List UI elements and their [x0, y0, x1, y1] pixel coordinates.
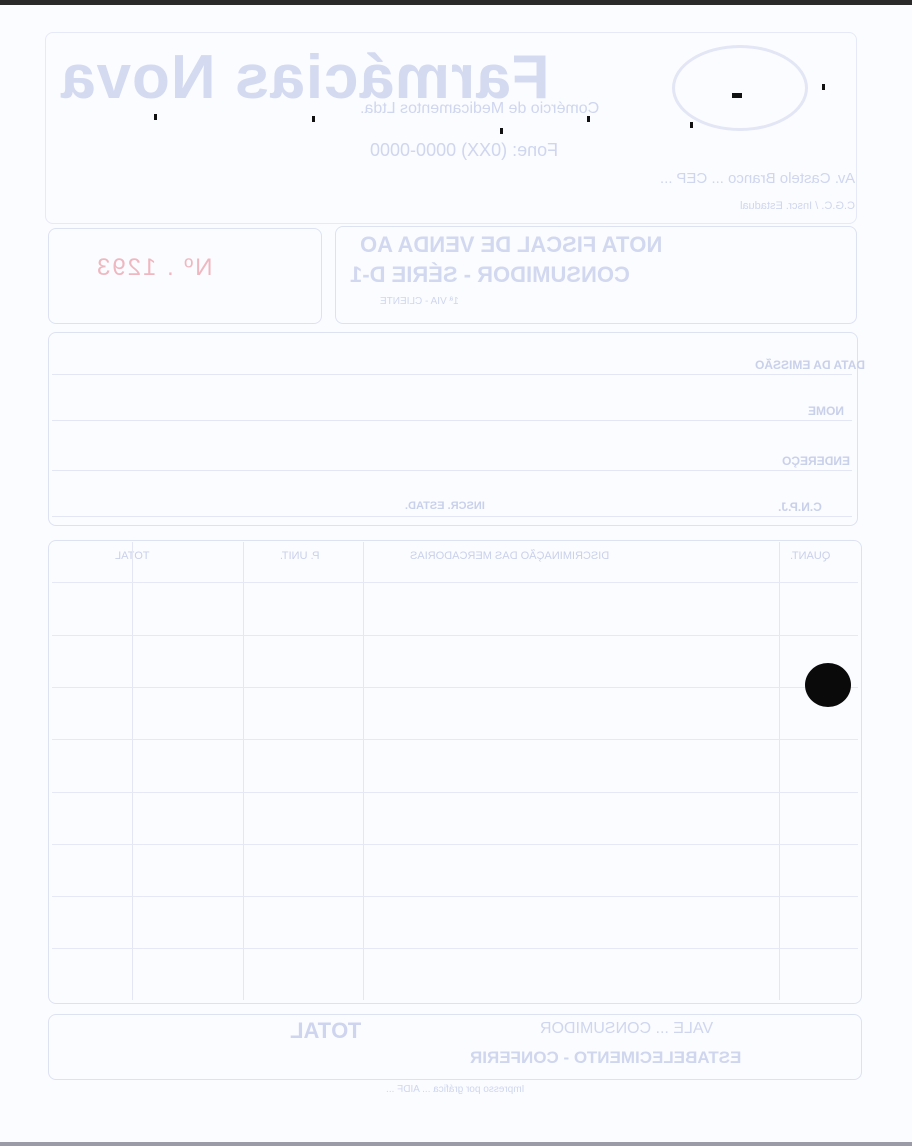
- ink-speck: [822, 84, 825, 90]
- scan-bottom-edge: [0, 1142, 912, 1146]
- customer-box: [48, 332, 858, 526]
- registration-line: C.G.C. / Inscr. Estadual: [55, 200, 855, 212]
- column-divider: [243, 542, 244, 1000]
- field-line: [52, 470, 852, 471]
- address-line: Av. Castelo Branco ... CEP ...: [75, 170, 855, 187]
- column-header-unit-price: P. UNIT.: [280, 550, 320, 562]
- name-label: NOME: [808, 404, 844, 418]
- footer-note-2: ESTABELECIMENTO - CONFERIR: [470, 1048, 741, 1068]
- column-divider: [363, 542, 364, 1000]
- ink-speck: [732, 93, 742, 98]
- field-label-name: NOME: [808, 404, 844, 418]
- footer-note-1-text: VALE ... CONSUMIDOR: [540, 1020, 713, 1038]
- ink-speck: [690, 122, 693, 128]
- issue-date-label: DATA DA EMISSÃO: [755, 358, 865, 372]
- column-header-quant: QUANT.: [790, 550, 830, 562]
- registration-text: C.G.C. / Inscr. Estadual: [740, 200, 855, 212]
- column-divider: [132, 542, 133, 1000]
- state-reg-label: INSCR. ESTAD.: [405, 500, 485, 512]
- ink-speck: [312, 116, 315, 122]
- field-line: [52, 516, 852, 517]
- footer-note-1: VALE ... CONSUMIDOR: [540, 1020, 713, 1038]
- table-row: [52, 844, 858, 845]
- table-row: [52, 739, 858, 740]
- invoice-title-line1: NOTA FISCAL DE VENDA AO: [360, 232, 662, 258]
- invoice-number-label: Nº: [182, 254, 212, 281]
- title-line1-text: NOTA FISCAL DE VENDA AO: [360, 232, 662, 258]
- punch-hole-mark: [805, 663, 851, 707]
- address-text: Av. Castelo Branco ... CEP ...: [660, 170, 855, 187]
- total-label: TOTAL: [290, 1018, 361, 1044]
- invoice-number-value: 1293: [95, 254, 156, 281]
- field-label-state-reg: INSCR. ESTAD.: [405, 500, 485, 512]
- total-label-text: TOTAL: [290, 1018, 361, 1044]
- footer-note-2-text: ESTABELECIMENTO - CONFERIR: [470, 1048, 741, 1068]
- printer-info-text: Impresso por gráfica ... AIDF ...: [386, 1084, 524, 1095]
- footer-box: [48, 1014, 862, 1080]
- subtitle-line1-text: Comércio de Medicamentos Ltda.: [360, 100, 599, 118]
- logo-icon: [672, 45, 808, 131]
- printer-info: Impresso por gráfica ... AIDF ...: [55, 1084, 855, 1095]
- column-header-description: DISCRIMINAÇÃO DAS MERCADORIAS: [410, 550, 609, 562]
- items-table: [48, 540, 862, 1004]
- col-quant: QUANT.: [790, 550, 830, 562]
- table-header-divider: [52, 582, 858, 583]
- invoice-title-line2: CONSUMIDOR - SÉRIE D-1: [350, 262, 630, 288]
- col-unit: P. UNIT.: [280, 550, 320, 562]
- cnpj-label: C.N.P.J.: [778, 500, 822, 514]
- table-row: [52, 687, 858, 688]
- subtitle-line1: Comércio de Medicamentos Ltda.: [360, 100, 599, 118]
- field-line: [52, 420, 852, 421]
- subtitle-line2-text: Fone: (0XX) 0000-0000: [370, 140, 558, 161]
- scan-top-edge: [0, 0, 912, 5]
- field-line: [52, 374, 852, 375]
- subtitle-line2: Fone: (0XX) 0000-0000: [370, 140, 558, 161]
- ink-speck: [154, 114, 157, 120]
- field-label-issue-date: DATA DA EMISSÃO: [755, 358, 865, 372]
- title-line2-text: CONSUMIDOR - SÉRIE D-1: [350, 262, 630, 288]
- table-row: [52, 792, 858, 793]
- table-row: [52, 896, 858, 897]
- ink-speck: [500, 128, 503, 134]
- column-divider: [779, 542, 780, 1000]
- col-desc: DISCRIMINAÇÃO DAS MERCADORIAS: [410, 550, 609, 562]
- ink-speck: [587, 116, 590, 122]
- address-label: ENDEREÇO: [782, 454, 850, 468]
- field-label-address: ENDEREÇO: [782, 454, 850, 468]
- field-label-cnpj: C.N.P.J.: [778, 500, 822, 514]
- title-line3-text: 1ª VIA - CLIENTE: [380, 296, 459, 307]
- invoice-number: Nº . 1293: [95, 254, 213, 282]
- table-row: [52, 948, 858, 949]
- table-row: [52, 635, 858, 636]
- invoice-title-line3: 1ª VIA - CLIENTE: [380, 296, 459, 307]
